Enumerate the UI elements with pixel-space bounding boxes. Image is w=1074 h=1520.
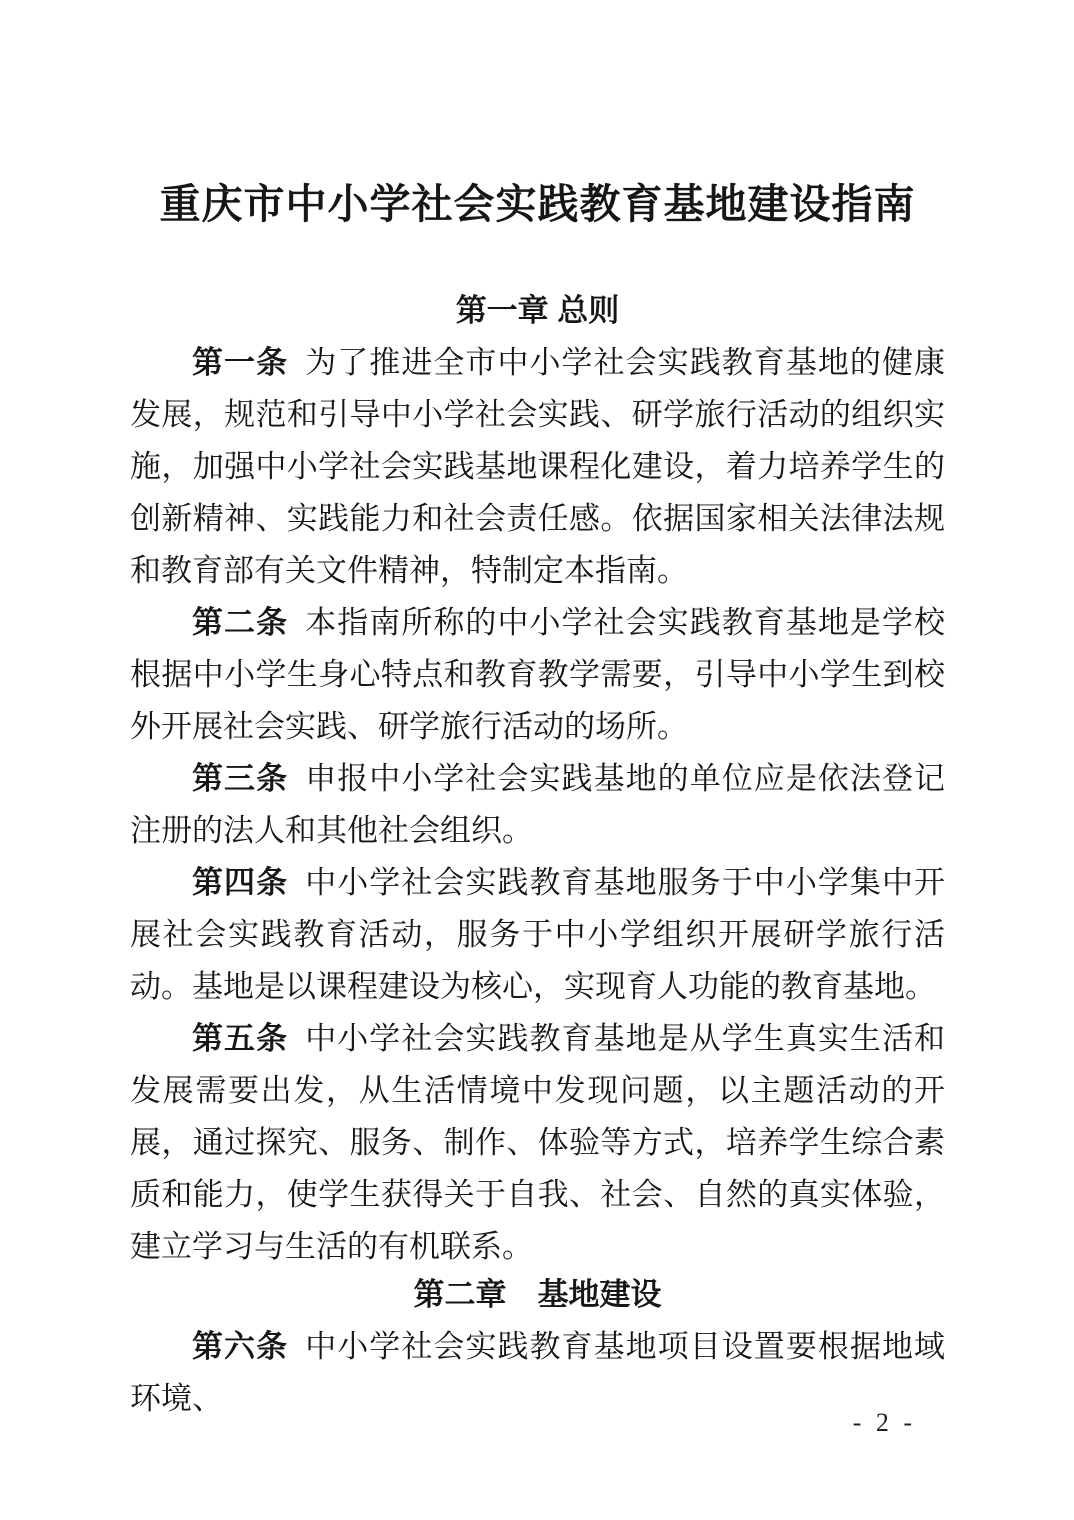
article-4: 第四条中小学社会实践教育基地服务于中小学集中开展社会实践教育活动，服务于中小学组… — [130, 857, 945, 1013]
document-content: 重庆市中小学社会实践教育基地建设指南 第一章 总则 第一条为了推进全市中小学社会… — [0, 0, 1074, 1425]
article-6: 第六条中小学社会实践教育基地项目设置要根据地域环境、 — [130, 1321, 945, 1425]
chapter-1: 第一章 总则 第一条为了推进全市中小学社会实践教育基地的健康发展，规范和引导中小… — [130, 291, 945, 1273]
article-4-label: 第四条 — [192, 865, 288, 900]
article-1-text: 为了推进全市中小学社会实践教育基地的健康发展，规范和引导中小学社会实践、研学旅行… — [130, 345, 945, 588]
chapter-2-heading: 第二章 基地建设 — [130, 1275, 945, 1315]
chapter-1-heading: 第一章 总则 — [130, 291, 945, 331]
article-5-label: 第五条 — [192, 1021, 288, 1056]
article-2-label: 第二条 — [192, 605, 288, 640]
article-1-label: 第一条 — [192, 345, 288, 380]
article-1: 第一条为了推进全市中小学社会实践教育基地的健康发展，规范和引导中小学社会实践、研… — [130, 337, 945, 597]
document-title: 重庆市中小学社会实践教育基地建设指南 — [130, 0, 945, 229]
article-5-text: 中小学社会实践教育基地是从学生真实生活和发展需要出发，从生活情境中发现问题，以主… — [130, 1021, 945, 1264]
article-5: 第五条中小学社会实践教育基地是从学生真实生活和发展需要出发，从生活情境中发现问题… — [130, 1013, 945, 1273]
article-3: 第三条申报中小学社会实践基地的单位应是依法登记注册的法人和其他社会组织。 — [130, 753, 945, 857]
article-6-label: 第六条 — [192, 1329, 288, 1364]
document-page: 重庆市中小学社会实践教育基地建设指南 第一章 总则 第一条为了推进全市中小学社会… — [0, 0, 1074, 1520]
page-number: - 2 - — [853, 1408, 916, 1438]
article-3-label: 第三条 — [192, 761, 288, 796]
chapter-2: 第二章 基地建设 第六条中小学社会实践教育基地项目设置要根据地域环境、 — [130, 1275, 945, 1425]
article-2: 第二条本指南所称的中小学社会实践教育基地是学校根据中小学生身心特点和教育教学需要… — [130, 597, 945, 753]
